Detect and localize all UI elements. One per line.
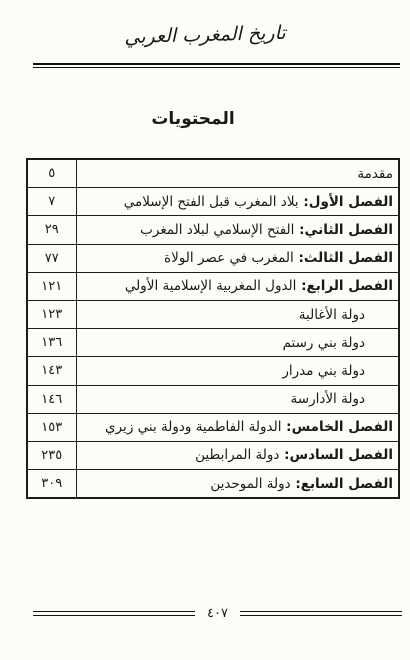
toc-page-number: ١٥٣	[27, 413, 76, 441]
toc-entry: دولة بني مدرار	[76, 357, 399, 385]
toc-entry: الفصل السابع: دولة الموحدين	[76, 470, 399, 499]
toc-entry-title: المغرب في عصر الولاة	[164, 250, 294, 266]
toc-entry-title: الفتح الإسلامي لبلاد المغرب	[140, 222, 294, 238]
footer: ٤٠٧	[33, 607, 402, 620]
toc-page-number: ٧٧	[27, 244, 76, 272]
table-row: الفصل الثالث: المغرب في عصر الولاة ٧٧	[27, 244, 399, 272]
toc-page-number: ١٤٦	[27, 385, 76, 413]
table-row: الفصل الرابع: الدول المغربية الإسلامية ا…	[27, 272, 399, 300]
table-row: دولة بني مدرار ١٤٣	[27, 357, 399, 385]
book-title: تاريخ المغرب العربي	[0, 19, 410, 52]
contents-heading: المحتويات	[0, 109, 398, 129]
toc-entry-title: الدولة الفاطمية ودولة بني زيري	[105, 419, 281, 435]
toc-page-number: ٣٠٩	[27, 470, 76, 499]
toc-entry: الفصل الثاني: الفتح الإسلامي لبلاد المغر…	[76, 216, 399, 244]
table-row: الفصل الخامس: الدولة الفاطمية ودولة بني …	[27, 413, 399, 441]
toc-entry: الفصل الأول: بلاد المغرب قبل الفتح الإسل…	[76, 188, 399, 216]
toc-chapter-label: الفصل السابع:	[291, 476, 393, 492]
table-row: الفصل الأول: بلاد المغرب قبل الفتح الإسل…	[27, 188, 399, 216]
toc-chapter-label: الفصل الثالث:	[294, 250, 393, 266]
toc-entry-title: الدول المغربية الإسلامية الأولي	[125, 278, 297, 294]
toc-chapter-label: الفصل الثاني:	[294, 222, 393, 238]
table-row: الفصل الثاني: الفتح الإسلامي لبلاد المغر…	[27, 216, 399, 244]
toc-entry: مقدمة	[76, 159, 399, 188]
toc-entry-title: دولة المرابطين	[195, 447, 279, 463]
footer-rule-right	[240, 611, 402, 617]
toc-chapter-label: الفصل السادس:	[279, 447, 393, 463]
toc-chapter-label: الفصل الرابع:	[296, 278, 393, 294]
toc-chapter-label: الفصل الخامس:	[281, 419, 393, 435]
scanned-book-page: تاريخ المغرب العربي المحتويات مقدمة ٥ ال…	[0, 0, 410, 660]
table-row: دولة الأغالبة ١٢٣	[27, 300, 399, 328]
toc-page-number: ١٢٣	[27, 300, 76, 328]
toc-chapter-label: الفصل الأول:	[299, 194, 393, 210]
toc-entry: الفصل الرابع: الدول المغربية الإسلامية ا…	[76, 272, 399, 300]
toc-entry-title: دولة الموحدين	[210, 476, 290, 492]
toc-entry: الفصل الثالث: المغرب في عصر الولاة	[76, 244, 399, 272]
table-row: الفصل السابع: دولة الموحدين ٣٠٩	[27, 470, 399, 499]
footer-page-number: ٤٠٧	[204, 607, 231, 620]
toc-entry-title: دولة بني رستم	[283, 335, 365, 351]
toc-entry: دولة الأغالبة	[76, 300, 399, 328]
toc-entry-title: دولة بني مدرار	[282, 363, 365, 379]
table-row: دولة الأدارسة ١٤٦	[27, 385, 399, 413]
toc-table: مقدمة ٥ الفصل الأول: بلاد المغرب قبل الف…	[26, 158, 400, 499]
toc-entry: دولة بني رستم	[76, 329, 399, 357]
toc-entry-title: دولة الأغالبة	[299, 307, 365, 323]
toc-entry: الفصل السادس: دولة المرابطين	[76, 441, 399, 469]
toc-entry-title: بلاد المغرب قبل الفتح الإسلامي	[124, 194, 299, 210]
table-row: الفصل السادس: دولة المرابطين ٢٣٥	[27, 441, 399, 469]
header-rule	[33, 63, 400, 68]
toc-page-number: ١٤٣	[27, 357, 76, 385]
toc-page-number: ١٢١	[27, 272, 76, 300]
toc-entry-title: دولة الأدارسة	[291, 391, 365, 407]
table-row: دولة بني رستم ١٣٦	[27, 329, 399, 357]
toc-page-number: ١٣٦	[27, 329, 76, 357]
toc-page-number: ٢٩	[27, 216, 76, 244]
footer-rule-left	[33, 611, 195, 617]
toc-entry: دولة الأدارسة	[76, 385, 399, 413]
toc-entry-title: مقدمة	[357, 166, 393, 182]
toc-page-number: ٥	[27, 159, 76, 188]
toc-page-number: ٢٣٥	[27, 441, 76, 469]
toc-entry: الفصل الخامس: الدولة الفاطمية ودولة بني …	[76, 413, 399, 441]
toc-page-number: ٧	[27, 188, 76, 216]
table-row: مقدمة ٥	[27, 159, 399, 188]
